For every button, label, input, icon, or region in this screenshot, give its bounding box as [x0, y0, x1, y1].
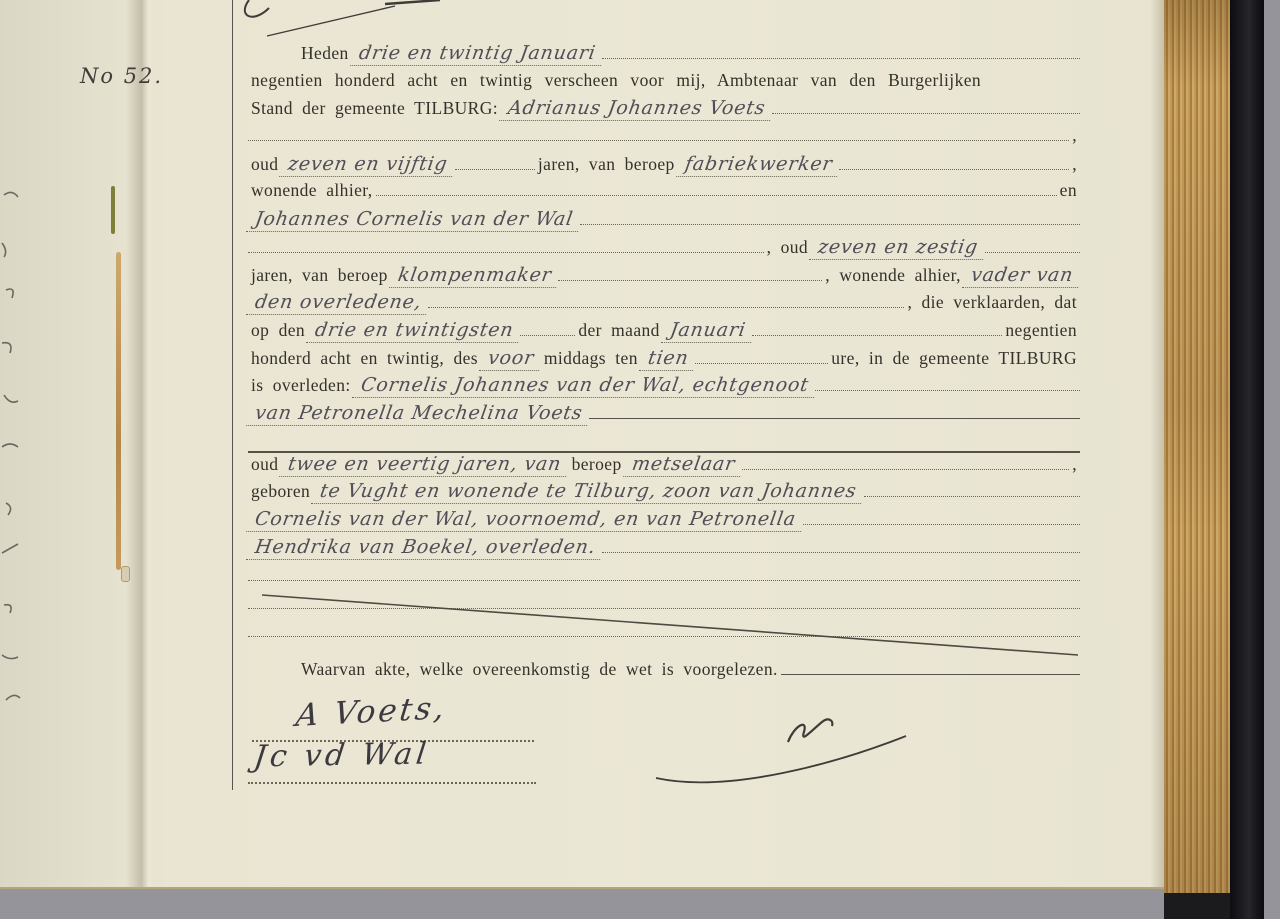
- blank-rule: [376, 183, 1057, 196]
- book-cover: [1230, 0, 1264, 919]
- binding-thread: [111, 186, 115, 234]
- blank-space-strike-line: [248, 583, 1080, 661]
- act-line: Johannes Cornelis van der Wal: [248, 208, 1080, 236]
- blank-rule: [248, 439, 1080, 453]
- blank-rule: [428, 295, 904, 308]
- act-line: van Petronella Mechelina Voets: [248, 402, 1080, 430]
- act-line: wonende alhier,en: [248, 180, 1080, 208]
- printed-form-text: oud: [248, 154, 281, 175]
- printed-form-text: ,: [1069, 454, 1080, 475]
- blank-rule: [248, 568, 1080, 581]
- handwritten-entry: van Petronella Mechelina Voets: [246, 402, 591, 426]
- handwritten-entry: Cornelis Johannes van der Wal, echtgenoo…: [352, 374, 817, 398]
- printed-form-text: ,: [1069, 125, 1080, 146]
- blank-rule: [742, 457, 1070, 470]
- act-line: oudzeven en vijftigjaren, van beroepfabr…: [248, 153, 1080, 181]
- handwritten-entry: tien: [639, 347, 697, 371]
- binding-fold: [126, 0, 154, 887]
- printed-form-text: wonende alhier,: [248, 180, 376, 201]
- act-line: Waarvan akte, welke overeenkomstig de we…: [248, 659, 1080, 687]
- page-right-edge-shadow: [1150, 0, 1164, 887]
- act-line: Hedendrie en twintig Januari: [248, 42, 1080, 70]
- act-line: oudtwee en veertig jaren, vanberoepmetse…: [248, 453, 1080, 481]
- binding-thread: [116, 252, 121, 570]
- blank-rule: [695, 351, 828, 364]
- printed-form-text: beroep: [569, 454, 625, 475]
- blank-rule: [803, 512, 1080, 525]
- blank-rule: [558, 268, 822, 281]
- handwritten-entry: Cornelis van der Wal, voornoemd, en van …: [246, 508, 805, 532]
- blank-rule: [864, 484, 1080, 497]
- printed-form-text: der maand: [575, 320, 662, 341]
- handwritten-entry: Januari: [661, 319, 754, 343]
- handwritten-entry: drie en twintigsten: [306, 319, 522, 343]
- printed-form-text: jaren, van beroep: [248, 265, 391, 286]
- act-line: Cornelis van der Wal, voornoemd, en van …: [248, 508, 1080, 536]
- handwritten-entry: fabriekwerker: [676, 153, 841, 177]
- printed-form-text: Stand der gemeente TILBURG:: [248, 98, 501, 119]
- blank-rule: [602, 540, 1080, 553]
- signature-rule: [248, 780, 536, 784]
- blank-rule: [580, 212, 1080, 225]
- handwritten-entry: zeven en zestig: [809, 236, 987, 260]
- act-line: Hendrika van Boekel, overleden.: [248, 536, 1080, 564]
- printed-form-text: honderd acht en twintig, des: [248, 348, 481, 369]
- act-line: ,: [248, 125, 1080, 153]
- handwritten-entry: vader van: [962, 264, 1082, 288]
- act-line: Stand der gemeente TILBURG:Adrianus Joha…: [248, 97, 1080, 125]
- printed-form-text: middags ten: [541, 348, 641, 369]
- printed-form-text: oud: [248, 454, 281, 475]
- blank-rule: [781, 662, 1080, 675]
- printed-form-text: ,: [1069, 154, 1080, 175]
- printed-form-text: jaren, van beroep: [535, 154, 678, 175]
- blank-rule: [985, 240, 1080, 253]
- printed-form-text: , wonende alhier,: [822, 265, 964, 286]
- printed-form-text: geboren: [248, 481, 313, 502]
- register-book-scan: No 52. Hedendrie en twintig Januarinegen…: [0, 0, 1280, 919]
- printed-form-text: ure, in de gemeente TILBURG: [828, 348, 1080, 369]
- handwritten-entry: twee en veertig jaren, van: [280, 453, 571, 477]
- act-line: is overleden:Cornelis Johannes van der W…: [248, 374, 1080, 402]
- handwritten-entry: Adrianus Johannes Voets: [499, 97, 774, 121]
- page-edge-writing: [0, 185, 36, 745]
- act-line: negentien honderd acht en twintig versch…: [248, 70, 1080, 98]
- blank-rule: [839, 157, 1069, 170]
- registrar-signature-flourish: [640, 700, 920, 800]
- blank-rule: [455, 157, 535, 170]
- act-line: geborente Vught en wonende te Tilburg, z…: [248, 480, 1080, 508]
- act-line: op dendrie en twintigstender maandJanuar…: [248, 319, 1080, 347]
- handwritten-entry: zeven en vijftig: [280, 153, 457, 177]
- blank-rule: [589, 406, 1080, 419]
- handwritten-entry: klompenmaker: [389, 264, 560, 288]
- handwritten-entry: drie en twintig Januari: [350, 42, 604, 66]
- handwritten-entry: metselaar: [623, 453, 744, 477]
- printed-form-text: , oud: [764, 237, 812, 258]
- printed-form-text: negentien: [1002, 320, 1080, 341]
- printed-form-text: Heden: [298, 43, 352, 64]
- act-number: No 52.: [80, 64, 163, 88]
- act-line: den overledene,, die verklaarden, dat: [248, 291, 1080, 319]
- binding-thread: [121, 566, 130, 582]
- handwritten-entry: voor: [479, 347, 543, 371]
- printed-form-text: op den: [248, 320, 308, 341]
- printed-form-text: negentien honderd acht en twintig versch…: [248, 70, 984, 91]
- printed-form-text: en: [1057, 180, 1080, 201]
- blank-rule: [248, 128, 1069, 141]
- blank-rule: [772, 101, 1080, 114]
- blank-rule: [248, 240, 764, 253]
- book-fore-edge-pages: [1164, 0, 1230, 897]
- act-line: jaren, van beroepklompenmaker, wonende a…: [248, 264, 1080, 292]
- handwritten-entry: den overledene,: [246, 291, 430, 315]
- blank-rule: [520, 323, 575, 336]
- handwritten-entry: Johannes Cornelis van der Wal: [246, 208, 582, 232]
- printed-form-text: Waarvan akte, welke overeenkomstig de we…: [298, 659, 781, 680]
- handwritten-entry: Hendrika van Boekel, overleden.: [246, 536, 604, 560]
- margin-rule: [232, 0, 233, 790]
- act-line: honderd acht en twintig, desvoormiddags …: [248, 347, 1080, 375]
- act-line: , oudzeven en zestig: [248, 236, 1080, 264]
- blank-rule: [815, 378, 1080, 391]
- blank-rule: [752, 323, 1002, 336]
- printed-form-text: is overleden:: [248, 375, 354, 396]
- blank-rule: [602, 46, 1080, 59]
- act-line: [248, 439, 1080, 451]
- printed-form-text: , die verklaarden, dat: [904, 292, 1080, 313]
- previous-signature-flourish: [235, 0, 485, 46]
- signature-declarant-2: Jc vd Wal: [252, 736, 432, 774]
- handwritten-entry: te Vught en wonende te Tilburg, zoon van…: [311, 480, 865, 504]
